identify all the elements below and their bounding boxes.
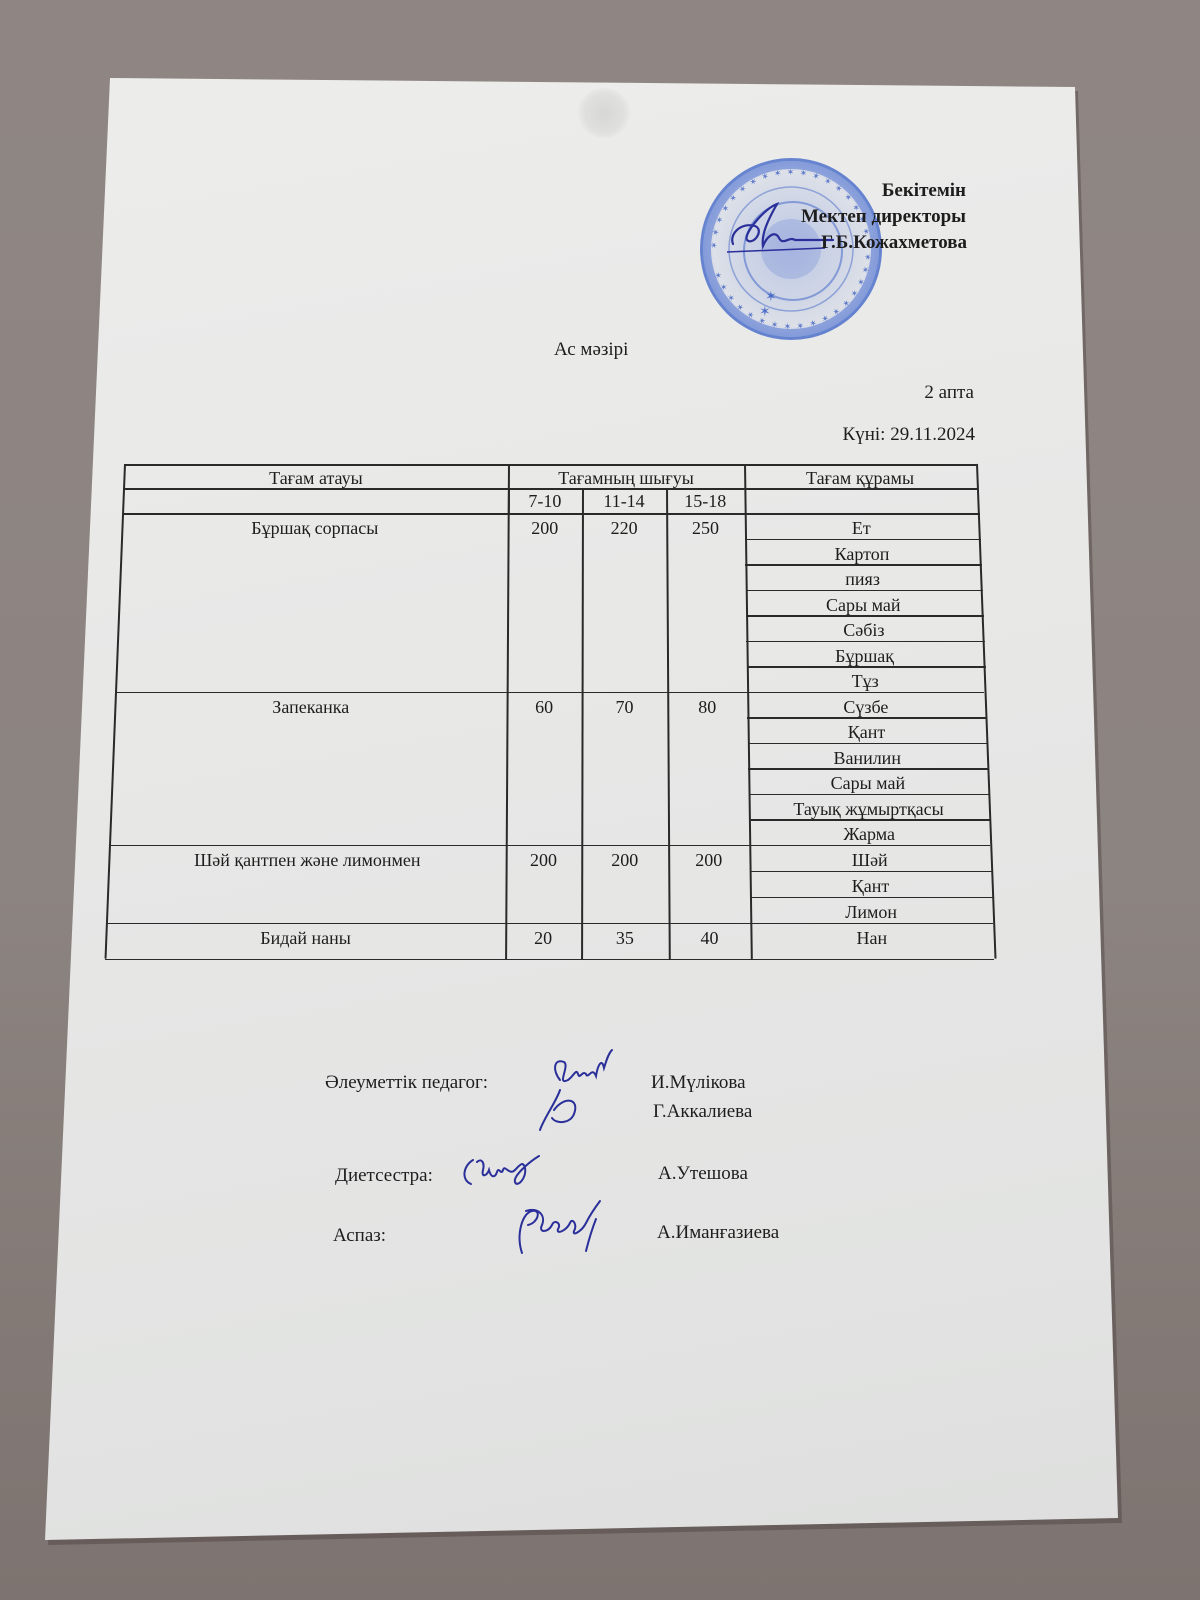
header-dish-name: Тағам атауы (124, 466, 508, 490)
header-age-11-14: 11-14 (582, 489, 666, 513)
role-social-pedagogue: Әлеуметтік педагог: (325, 1072, 488, 1094)
dish-name: Шәй қантпен және лимонмен (109, 848, 506, 872)
ingredient-rule (748, 768, 989, 770)
dish-name: Бидай наны (106, 926, 505, 950)
header-composition: Тағам құрамы (744, 466, 976, 490)
header-age-15-18: 15-18 (666, 489, 744, 513)
ingredient-rule (746, 615, 984, 617)
ingredient-rule (750, 897, 994, 899)
ingredient-rule (748, 743, 989, 745)
dish-name: Бұршақ сорпасы (122, 516, 508, 540)
portion-7-10: 60 (507, 695, 582, 719)
ingredient-item: Тауық жұмыртқасы (749, 797, 989, 821)
ingredient-item: Картоп (745, 542, 979, 566)
col-rule-age-1 (581, 488, 584, 959)
ingredient-item: Қант (748, 720, 986, 744)
portion-15-18: 250 (666, 516, 744, 540)
ingredient-item: Жарма (749, 822, 989, 846)
cook-signature-icon (508, 1195, 618, 1260)
ingredient-rule (749, 819, 991, 821)
ingredient-item: Сары май (748, 771, 987, 795)
portion-15-18: 200 (668, 848, 749, 872)
ingredient-rule (746, 641, 984, 643)
ingredient-rule (745, 564, 981, 566)
ingredient-item: Сары май (746, 593, 981, 617)
ingredient-rule (750, 871, 994, 873)
ingredient-rule (745, 539, 981, 541)
ingredient-item: Ванилин (748, 746, 987, 770)
dish-row-rule (106, 923, 993, 925)
ingredient-item: пияз (745, 567, 979, 591)
name-mulikova: И.Мүлікова (651, 1072, 746, 1094)
ingredient-item: Бұршақ (746, 644, 982, 668)
ingredient-item: Тұз (747, 669, 984, 693)
portion-7-10: 20 (505, 926, 581, 950)
ingredient-rule (746, 590, 983, 592)
ingredient-item: Шәй (749, 848, 990, 872)
ingredient-item: Қант (750, 874, 992, 898)
table-header-bottom (122, 513, 980, 515)
ingredient-rule (747, 666, 986, 668)
menu-table: Тағам атауыТағамның шығуыТағам құрамы7-1… (0, 0, 1200, 1600)
portion-7-10: 200 (508, 516, 582, 540)
portion-7-10: 200 (506, 848, 582, 872)
portion-15-18: 40 (669, 926, 751, 950)
col-rule-age-2 (666, 488, 670, 959)
name-akkalieva: Г.Аккалиева (653, 1101, 752, 1123)
dietitian-signature-icon (455, 1148, 555, 1193)
portion-11-14: 200 (581, 848, 668, 872)
portion-15-18: 80 (667, 695, 747, 719)
ingredient-item: Сүзбе (747, 695, 984, 719)
portion-11-14: 220 (582, 516, 666, 540)
ingredient-item: Лимон (750, 900, 992, 924)
dish-row-rule (109, 845, 990, 847)
header-portion-output: Тағамның шығуы (508, 466, 744, 490)
ingredient-rule (749, 794, 991, 796)
dish-name: Запеканка (115, 695, 507, 719)
portion-11-14: 70 (582, 695, 668, 719)
name-imangazieva: А.Иманғазиева (657, 1222, 779, 1244)
social-pedagogue-signature-icon (530, 1040, 630, 1135)
ingredient-rule (747, 717, 987, 719)
role-dietitian: Диетсестра: (335, 1165, 433, 1187)
role-cook: Аспаз: (333, 1225, 386, 1247)
dish-row-rule (115, 692, 984, 694)
ingredient-item: Сәбіз (746, 618, 982, 642)
portion-11-14: 35 (581, 926, 669, 950)
ingredient-item: Нан (750, 926, 993, 950)
table-bottom-border (105, 959, 995, 961)
header-age-7-10: 7-10 (508, 489, 582, 513)
ingredient-item: Ет (745, 516, 978, 540)
name-uteshova: А.Утешова (658, 1163, 748, 1185)
